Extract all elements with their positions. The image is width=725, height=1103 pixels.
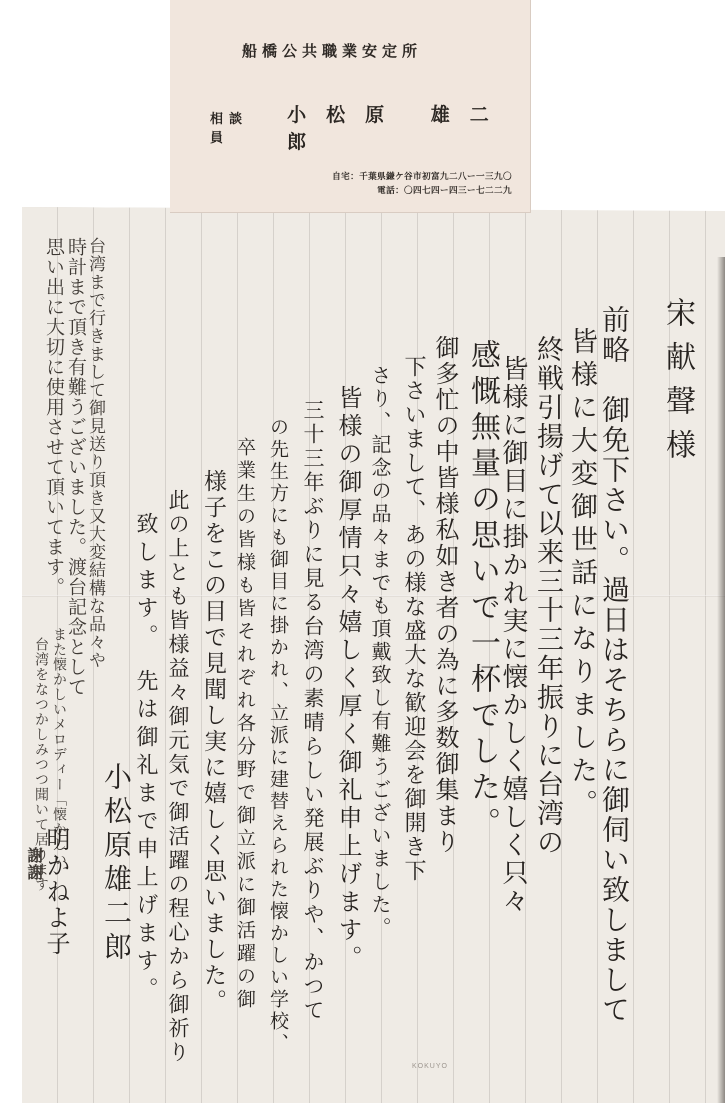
letter-column-15: 致します。 先は御礼まで申上げます。 xyxy=(134,512,156,1005)
postscript-column-3: 思い出に大切に使用させて頂いてます。 xyxy=(44,237,63,597)
letter-sheet: 宋献聲様 前略 御免下さい。過日はそちらに御伺い致しまして 皆様に大変御世話にな… xyxy=(22,207,725,1103)
postscript-column-2: 時計まで頂き有難うございました。渡台記念として xyxy=(66,237,85,697)
letter-column-12: 卒業生の皆様も皆それぞれ各分野で御立派に御活躍の御 xyxy=(235,437,254,1012)
postscript-column-1: 台湾まで行きまして御見送り頂き又大変結構な品々や xyxy=(86,237,103,669)
letter-column-4: 皆様に御目に掛かれ実に懐かしく嬉しく只々 xyxy=(500,355,526,915)
letter-column-3: 終戦引揚げて以来三十三年振りに台湾の xyxy=(534,335,561,857)
card-phone: 電話：〇四七四ー四三ー七二二九 xyxy=(282,184,512,198)
card-title-line: 相談員 小松原 雄二郎 xyxy=(210,100,530,154)
kokuyo-paper-stamp: KOKUYO xyxy=(412,1063,448,1070)
letter-column-10: 三十三年ぶりに見る台湾の素晴らしい発展ぶりや、かつて xyxy=(302,399,323,1023)
signoff-name: 明かねよ子 xyxy=(44,827,68,957)
card-address: 自宅：千葉県鎌ケ谷市初富九二八ー一三九〇 xyxy=(282,170,512,184)
card-role: 相談員 xyxy=(210,108,263,146)
letter-column-13: 様子をこの目で見聞し実に嬉しく思いました。 xyxy=(201,469,224,1015)
card-name: 小松原 雄二郎 xyxy=(287,100,530,154)
letter-column-2: 皆様に大変御世話になりました。 xyxy=(568,327,595,822)
signoff-xiexie: 謝謝 xyxy=(26,847,42,881)
letter-signature: 小松原雄二郎 xyxy=(102,762,130,966)
business-card: 船橋公共職業安定所 相談員 小松原 雄二郎 自宅：千葉県鎌ケ谷市初富九二八ー一三… xyxy=(170,0,531,213)
letter-column-11: の先生方にも御目に掛かれ、立派に建替えられた懐かしい学校、 xyxy=(268,417,287,1055)
letter-column-14: 此の上とも皆様益々御元気で御活躍の程心から御祈り xyxy=(167,489,188,1065)
letter-column-9: 皆様の御厚情只々嬉しく厚く御礼申上げます。 xyxy=(336,385,360,973)
letter-column-1: 前略 御免下さい。過日はそちらに御伺い致しまして xyxy=(600,305,628,1025)
letter-column-5: 感慨無量の思いで一杯でした。 xyxy=(467,339,497,843)
paper-edge-shadow xyxy=(717,257,725,1103)
letter-column-6: 御多忙の中皆様私如き者の為に多数御集まり xyxy=(433,335,457,855)
letter-addressee: 宋献聲様 xyxy=(662,297,692,473)
letter-column-8: さり、記念の品々までも頂戴致し有難うございました。 xyxy=(370,365,390,940)
card-organization: 船橋公共職業安定所 xyxy=(242,40,422,61)
letter-column-7: 下さいまして、あの様な盛大な歓迎会を御開き下 xyxy=(402,355,424,883)
card-contact: 自宅：千葉県鎌ケ谷市初富九二八ー一三九〇 電話：〇四七四ー四三ー七二二九 xyxy=(282,170,512,198)
